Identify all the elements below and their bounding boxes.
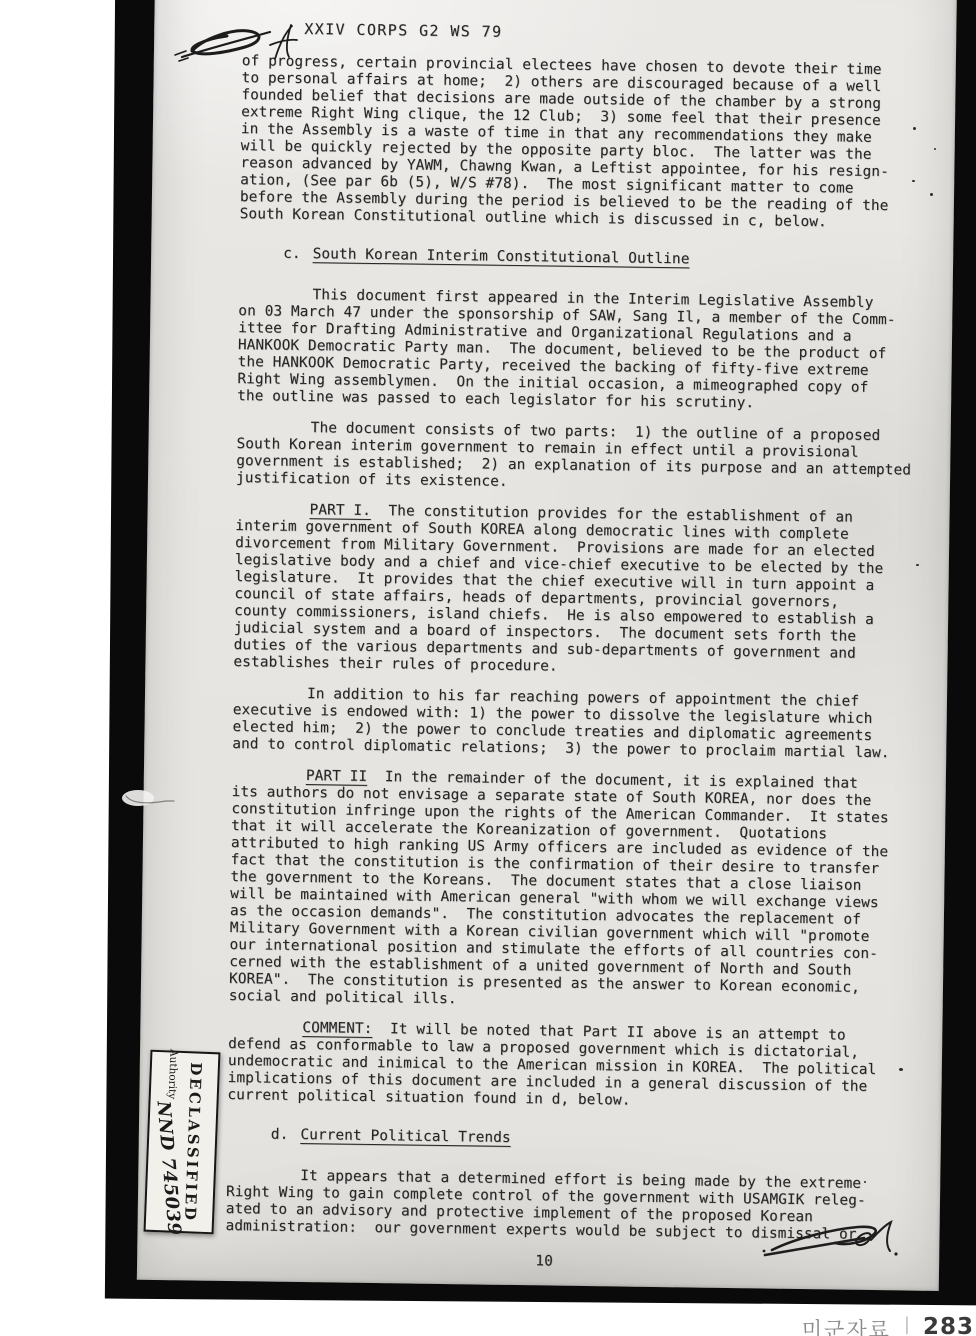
- stamp-authority-line: AuthorityNND 745039: [158, 1046, 186, 1237]
- section-heading-c: c.South Korean Interim Constitutional Ou…: [283, 246, 947, 272]
- stamp-authority-number-handwritten: NND 745039: [153, 1100, 185, 1236]
- ink-speck: [916, 564, 919, 566]
- part2-label: PART II: [306, 768, 368, 785]
- screenshot-stage: XXIV CORPS G2 WS 79of progress, certain …: [0, 0, 976, 1336]
- ink-speck: [912, 180, 915, 182]
- part1-body: The constitution provides for the establ…: [233, 503, 883, 675]
- declassified-stamp: DECLASSIFIED AuthorityNND 745039: [144, 1050, 221, 1235]
- section-c-prefix: c.: [283, 246, 301, 262]
- declassified-stamp-text: DECLASSIFIED AuthorityNND 745039: [158, 1046, 205, 1237]
- handwritten-scribble-top: [172, 16, 312, 68]
- page-edge-smudge: [122, 788, 180, 812]
- typed-text-block: XXIV CORPS G2 WS 79of progress, certain …: [225, 20, 950, 1276]
- ink-speck: [899, 1068, 903, 1071]
- ink-speck: [930, 193, 933, 196]
- section-d-title: Current Political Trends: [300, 1127, 511, 1146]
- ink-speck: [864, 1181, 866, 1183]
- handwritten-signature-bottom: [762, 1216, 902, 1264]
- paragraph-c2: The document consists of two parts: 1) t…: [236, 419, 945, 497]
- page-header: XXIV CORPS G2 WS 79: [304, 21, 950, 47]
- part2-body: In the remainder of the document, it is …: [229, 769, 889, 1007]
- caption-separator: |: [904, 1314, 910, 1335]
- paragraph-part2: PART II In the remainder of the document…: [229, 767, 940, 1015]
- section-c-title: South Korean Interim Constitutional Outl…: [313, 246, 690, 267]
- book-caption: 미군자료|283: [0, 1314, 976, 1336]
- section-d-prefix: d.: [271, 1127, 289, 1143]
- caption-source-label: 미군자료: [802, 1318, 891, 1336]
- ink-speck: [913, 127, 916, 130]
- part1-label: PART I.: [309, 502, 371, 519]
- section-heading-d: d.Current Political Trends: [271, 1127, 935, 1153]
- paragraph-intro: of progress, certain provincial electees…: [240, 53, 950, 233]
- paragraph-addition: In addition to his far reaching powers o…: [232, 685, 941, 763]
- paragraph-c1: This document first appeared in the Inte…: [237, 286, 947, 415]
- caption-page-number: 283: [923, 1314, 974, 1336]
- paragraph-part1: PART I. The constitution provides for th…: [233, 501, 943, 681]
- scan-black-frame: XXIV CORPS G2 WS 79of progress, certain …: [105, 0, 976, 1305]
- document-page: XXIV CORPS G2 WS 79of progress, certain …: [137, 0, 958, 1291]
- stamp-authority-label: Authority: [166, 1049, 180, 1100]
- ink-speck: [934, 148, 936, 150]
- comment-label: COMMENT:: [302, 1020, 372, 1037]
- paragraph-comment: COMMENT: It will be noted that Part II a…: [227, 1019, 936, 1114]
